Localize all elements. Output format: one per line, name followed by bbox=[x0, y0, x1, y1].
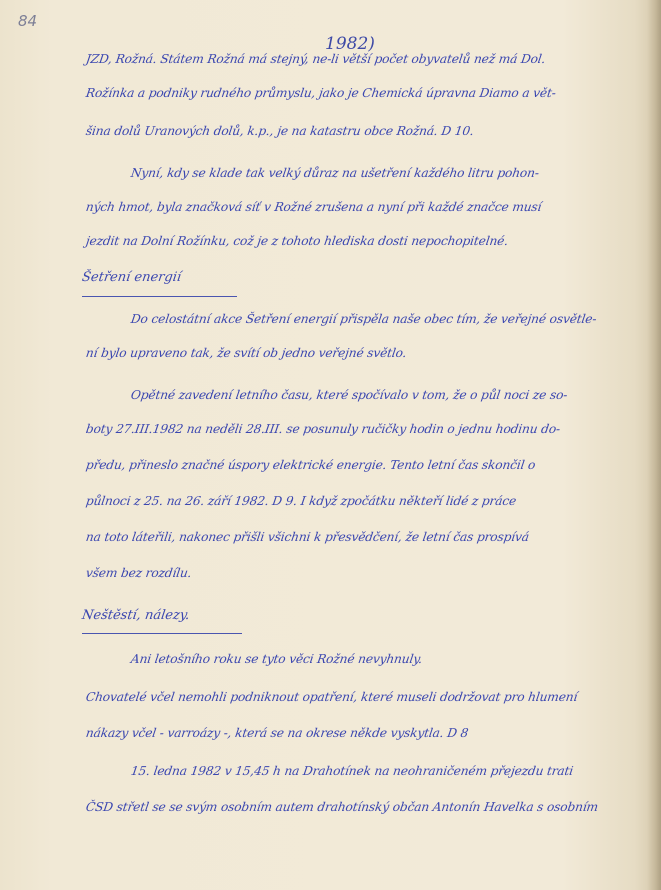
text-line: všem bez rozdílu. bbox=[85, 566, 657, 580]
heading-underline bbox=[82, 296, 237, 297]
text-line: nákazy včel - varroázy -, která se na ok… bbox=[85, 726, 657, 740]
text-line: Opětné zavedení letního času, které spoč… bbox=[130, 388, 657, 402]
text-line: Chovatelé včel nemohli podniknout opatře… bbox=[85, 690, 657, 704]
year-heading: 1982) bbox=[325, 34, 375, 54]
text-line: Rožínka a podniky rudného průmyslu, jako… bbox=[85, 86, 657, 100]
section-heading-accidents: Neštěstí, nálezy. bbox=[81, 608, 191, 623]
section-heading-energy: Šetření energií bbox=[81, 270, 182, 285]
text-line: Ani letošního roku se tyto věci Rožné ne… bbox=[130, 652, 657, 666]
text-line: Do celostátní akce Šetření energií přisp… bbox=[130, 312, 657, 326]
text-line: Nyní, kdy se klade tak velký důraz na uš… bbox=[130, 166, 657, 180]
heading-underline bbox=[82, 633, 242, 634]
text-line: 15. ledna 1982 v 15,45 h na Drahotínek n… bbox=[130, 764, 657, 778]
manuscript-page: 84 1982) JZD, Rožná. Státem Rožná má ste… bbox=[0, 0, 661, 890]
page-number: 84 bbox=[18, 12, 37, 30]
text-line: na toto láteřili, nakonec přišli všichni… bbox=[85, 530, 657, 544]
text-line: ČSD střetl se se svým osobním autem drah… bbox=[85, 800, 657, 814]
text-line: boty 27.III.1982 na neděli 28.III. se po… bbox=[85, 422, 657, 436]
text-line: ných hmot, byla značková síť v Rožné zru… bbox=[85, 200, 657, 214]
text-line: jezdit na Dolní Rožínku, což je z tohoto… bbox=[85, 234, 657, 248]
text-line: předu, přineslo značné úspory elektrické… bbox=[85, 458, 657, 472]
text-line: ní bylo upraveno tak, že svítí ob jedno … bbox=[85, 346, 657, 360]
text-line: šina dolů Uranových dolů, k.p., je na ka… bbox=[85, 124, 657, 138]
text-line: JZD, Rožná. Státem Rožná má stejný, ne-l… bbox=[85, 52, 657, 66]
text-line: půlnoci z 25. na 26. září 1982. D 9. I k… bbox=[85, 494, 657, 508]
